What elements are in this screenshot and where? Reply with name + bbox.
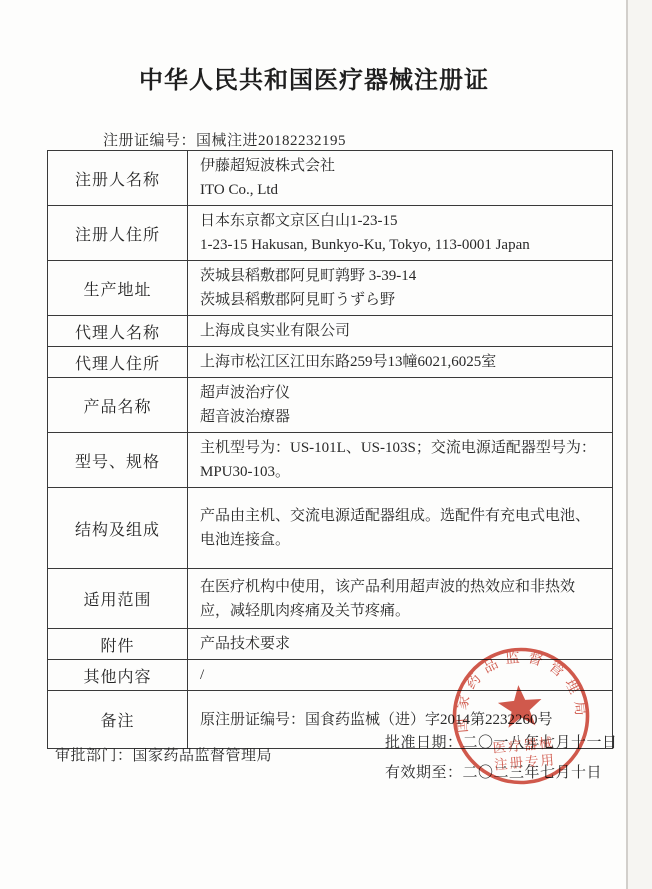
field-value: 上海市松江区江田东路259号13幢6021,6025室	[188, 347, 613, 378]
field-value: 上海成良实业有限公司	[188, 316, 613, 347]
certificate-table: 注册人名称 伊藤超短波株式会社 ITO Co., Ltd 注册人住所 日本东京都…	[47, 150, 613, 749]
field-value: 产品由主机、交流电源适配器组成。选配件有充电式电池、 电池连接盒。	[188, 488, 613, 569]
field-value: 在医疗机构中使用，该产品利用超声波的热效应和非热效 应，减轻肌肉疼痛及关节疼痛。	[188, 569, 613, 629]
field-value: 日本东京都文京区白山1-23-15 1-23-15 Hakusan, Bunky…	[188, 206, 613, 261]
field-label: 适用范围	[48, 569, 188, 629]
field-label: 代理人名称	[48, 316, 188, 347]
table-row: 其他内容 /	[48, 660, 613, 691]
table-row: 代理人住所 上海市松江区江田东路259号13幢6021,6025室	[48, 347, 613, 378]
field-label: 注册人住所	[48, 206, 188, 261]
scan-edge-line	[626, 0, 628, 889]
table-row: 结构及组成 产品由主机、交流电源适配器组成。选配件有充电式电池、 电池连接盒。	[48, 488, 613, 569]
field-value: 主机型号为：US-101L、US-103S；交流电源适配器型号为： MPU30-…	[188, 433, 613, 488]
field-label: 产品名称	[48, 378, 188, 433]
field-label: 生产地址	[48, 261, 188, 316]
table-row: 注册人住所 日本东京都文京区白山1-23-15 1-23-15 Hakusan,…	[48, 206, 613, 261]
field-label: 其他内容	[48, 660, 188, 691]
valid-until-date: 有效期至：二〇二三年七月十日	[385, 761, 602, 782]
table-row: 代理人名称 上海成良实业有限公司	[48, 316, 613, 347]
approval-department: 审批部门：国家药品监督管理局	[55, 744, 272, 765]
table-row: 产品名称 超声波治疗仪 超音波治療器	[48, 378, 613, 433]
field-value: 产品技术要求	[188, 629, 613, 660]
field-value: /	[188, 660, 613, 691]
field-label: 附件	[48, 629, 188, 660]
field-label: 代理人住所	[48, 347, 188, 378]
field-label: 型号、规格	[48, 433, 188, 488]
table-row: 型号、规格 主机型号为：US-101L、US-103S；交流电源适配器型号为： …	[48, 433, 613, 488]
field-label: 结构及组成	[48, 488, 188, 569]
table-row: 注册人名称 伊藤超短波株式会社 ITO Co., Ltd	[48, 151, 613, 206]
field-value: 超声波治疗仪 超音波治療器	[188, 378, 613, 433]
registration-number: 注册证编号：国械注进20182232195	[103, 129, 346, 150]
table-row: 适用范围 在医疗机构中使用，该产品利用超声波的热效应和非热效 应，减轻肌肉疼痛及…	[48, 569, 613, 629]
table-row: 生产地址 茨城县稻敷郡阿見町鹑野 3-39-14 茨城县稻敷郡阿見町うずら野	[48, 261, 613, 316]
certificate-page: 中华人民共和国医疗器械注册证 注册证编号：国械注进20182232195 注册人…	[0, 0, 652, 889]
page-title: 中华人民共和国医疗器械注册证	[0, 60, 628, 95]
table-row: 附件 产品技术要求	[48, 629, 613, 660]
field-value: 伊藤超短波株式会社 ITO Co., Ltd	[188, 151, 613, 206]
approval-date: 批准日期：二〇一八年七月十一日	[385, 731, 618, 752]
scan-margin	[628, 0, 652, 889]
field-label: 注册人名称	[48, 151, 188, 206]
field-value: 茨城县稻敷郡阿見町鹑野 3-39-14 茨城县稻敷郡阿見町うずら野	[188, 261, 613, 316]
field-label: 备注	[48, 691, 188, 749]
